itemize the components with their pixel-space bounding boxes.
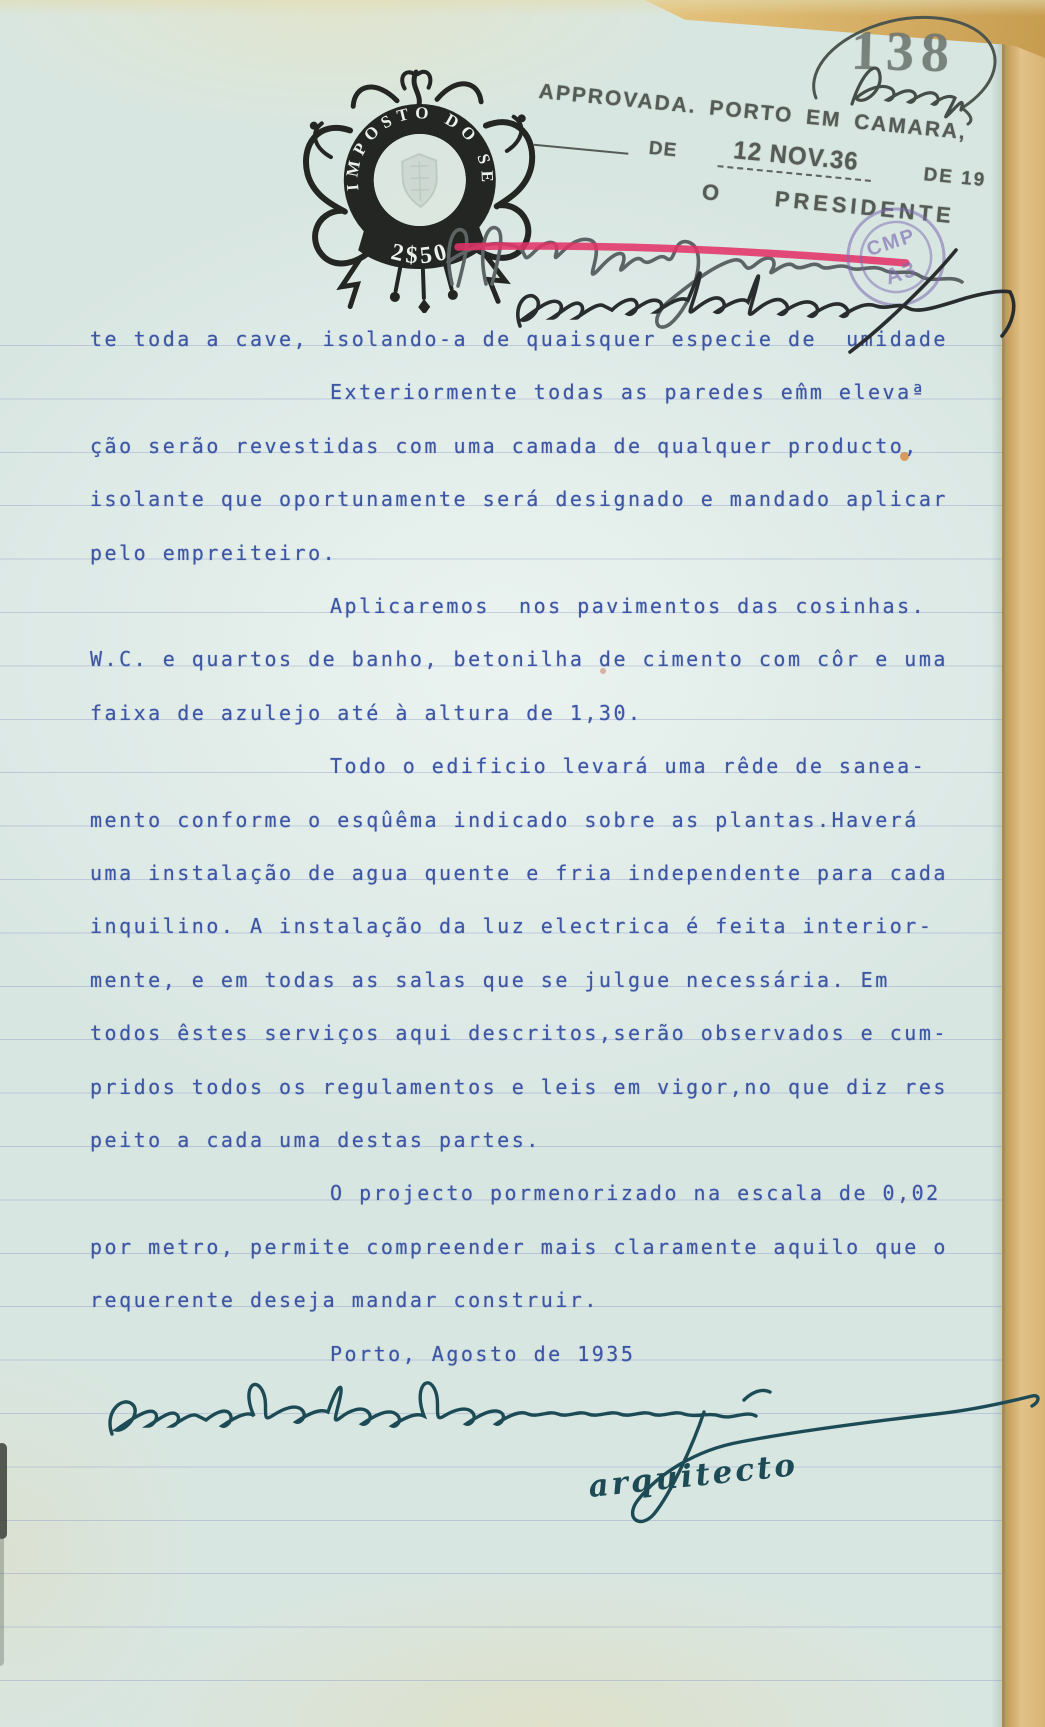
stamp-president-label: PRESIDENTE xyxy=(774,186,956,228)
typed-line: todos êstes serviços aqui descritos,serã… xyxy=(90,1021,948,1045)
revenue-stamp-seal: IMPOSTO DO SELO 2$50 xyxy=(276,53,565,318)
typed-line: isolante que oportunamente será designad… xyxy=(90,487,948,511)
typed-line: faixa de azulejo até à altura de 1,30. xyxy=(90,701,643,725)
stamp-de-label: DE xyxy=(648,138,678,163)
typed-line: Exteriormente todas as paredes em̂m elev… xyxy=(330,380,926,404)
page-number-stamp: 138 xyxy=(850,19,957,86)
typed-line: mente, e em todas as salas que se julgue… xyxy=(90,968,890,992)
typed-line: peito a cada uma destas partes. xyxy=(90,1128,541,1152)
stamp-blank-line xyxy=(534,144,629,155)
typed-line: O projecto pormenorizado na escala de 0,… xyxy=(330,1181,941,1205)
page-curl-shadow xyxy=(991,0,1005,1727)
typed-line: pridos todos os regulamentos e leis em v… xyxy=(90,1075,948,1099)
typed-line: por metro, permite compreender mais clar… xyxy=(90,1235,948,1259)
scan-edge-mark xyxy=(0,1443,7,1539)
document-page: IMPOSTO DO SELO 2$50 APPROVADA. PORTO EM… xyxy=(0,0,1045,1727)
cmp-stamp-code: A3 xyxy=(882,256,920,290)
scan-edge-mark-2 xyxy=(0,1536,4,1666)
typed-line: inquilino. A instalação da luz electrica… xyxy=(90,914,933,938)
stamp-o-label: O xyxy=(701,179,724,206)
typed-line: ção serão revestidas com uma camada de q… xyxy=(90,434,919,458)
typed-line: te toda a cave, isolando-a de quaisquer … xyxy=(90,327,948,351)
approval-stamp: APPROVADA. PORTO EM CAMARA, DE 12 NOV.36… xyxy=(530,80,1018,235)
typed-line: pelo empreiteiro. xyxy=(90,541,337,565)
cmp-stamp-org: CMP xyxy=(864,224,919,261)
stamp-date: 12 NOV.36 xyxy=(718,135,874,182)
typed-line: Aplicaremos nos pavimentos das cosinhas. xyxy=(330,594,926,618)
typed-line: uma instalação de agua quente e fria ind… xyxy=(90,861,948,885)
typed-line: mento conforme o esqûêma indicado sobre … xyxy=(90,808,919,832)
binding-edge-right xyxy=(1002,0,1045,1727)
typed-line: W.C. e quartos de banho, betonilha de ci… xyxy=(90,647,948,671)
typed-line: Todo o edificio levará uma rêde de sanea… xyxy=(330,754,926,778)
paper-top-tint xyxy=(0,0,1045,16)
stamp-de-year: DE 19 xyxy=(923,164,988,192)
typed-line: requerente deseja mandar construir. xyxy=(90,1288,599,1312)
typed-line: Porto, Agosto de 1935 xyxy=(330,1342,635,1366)
